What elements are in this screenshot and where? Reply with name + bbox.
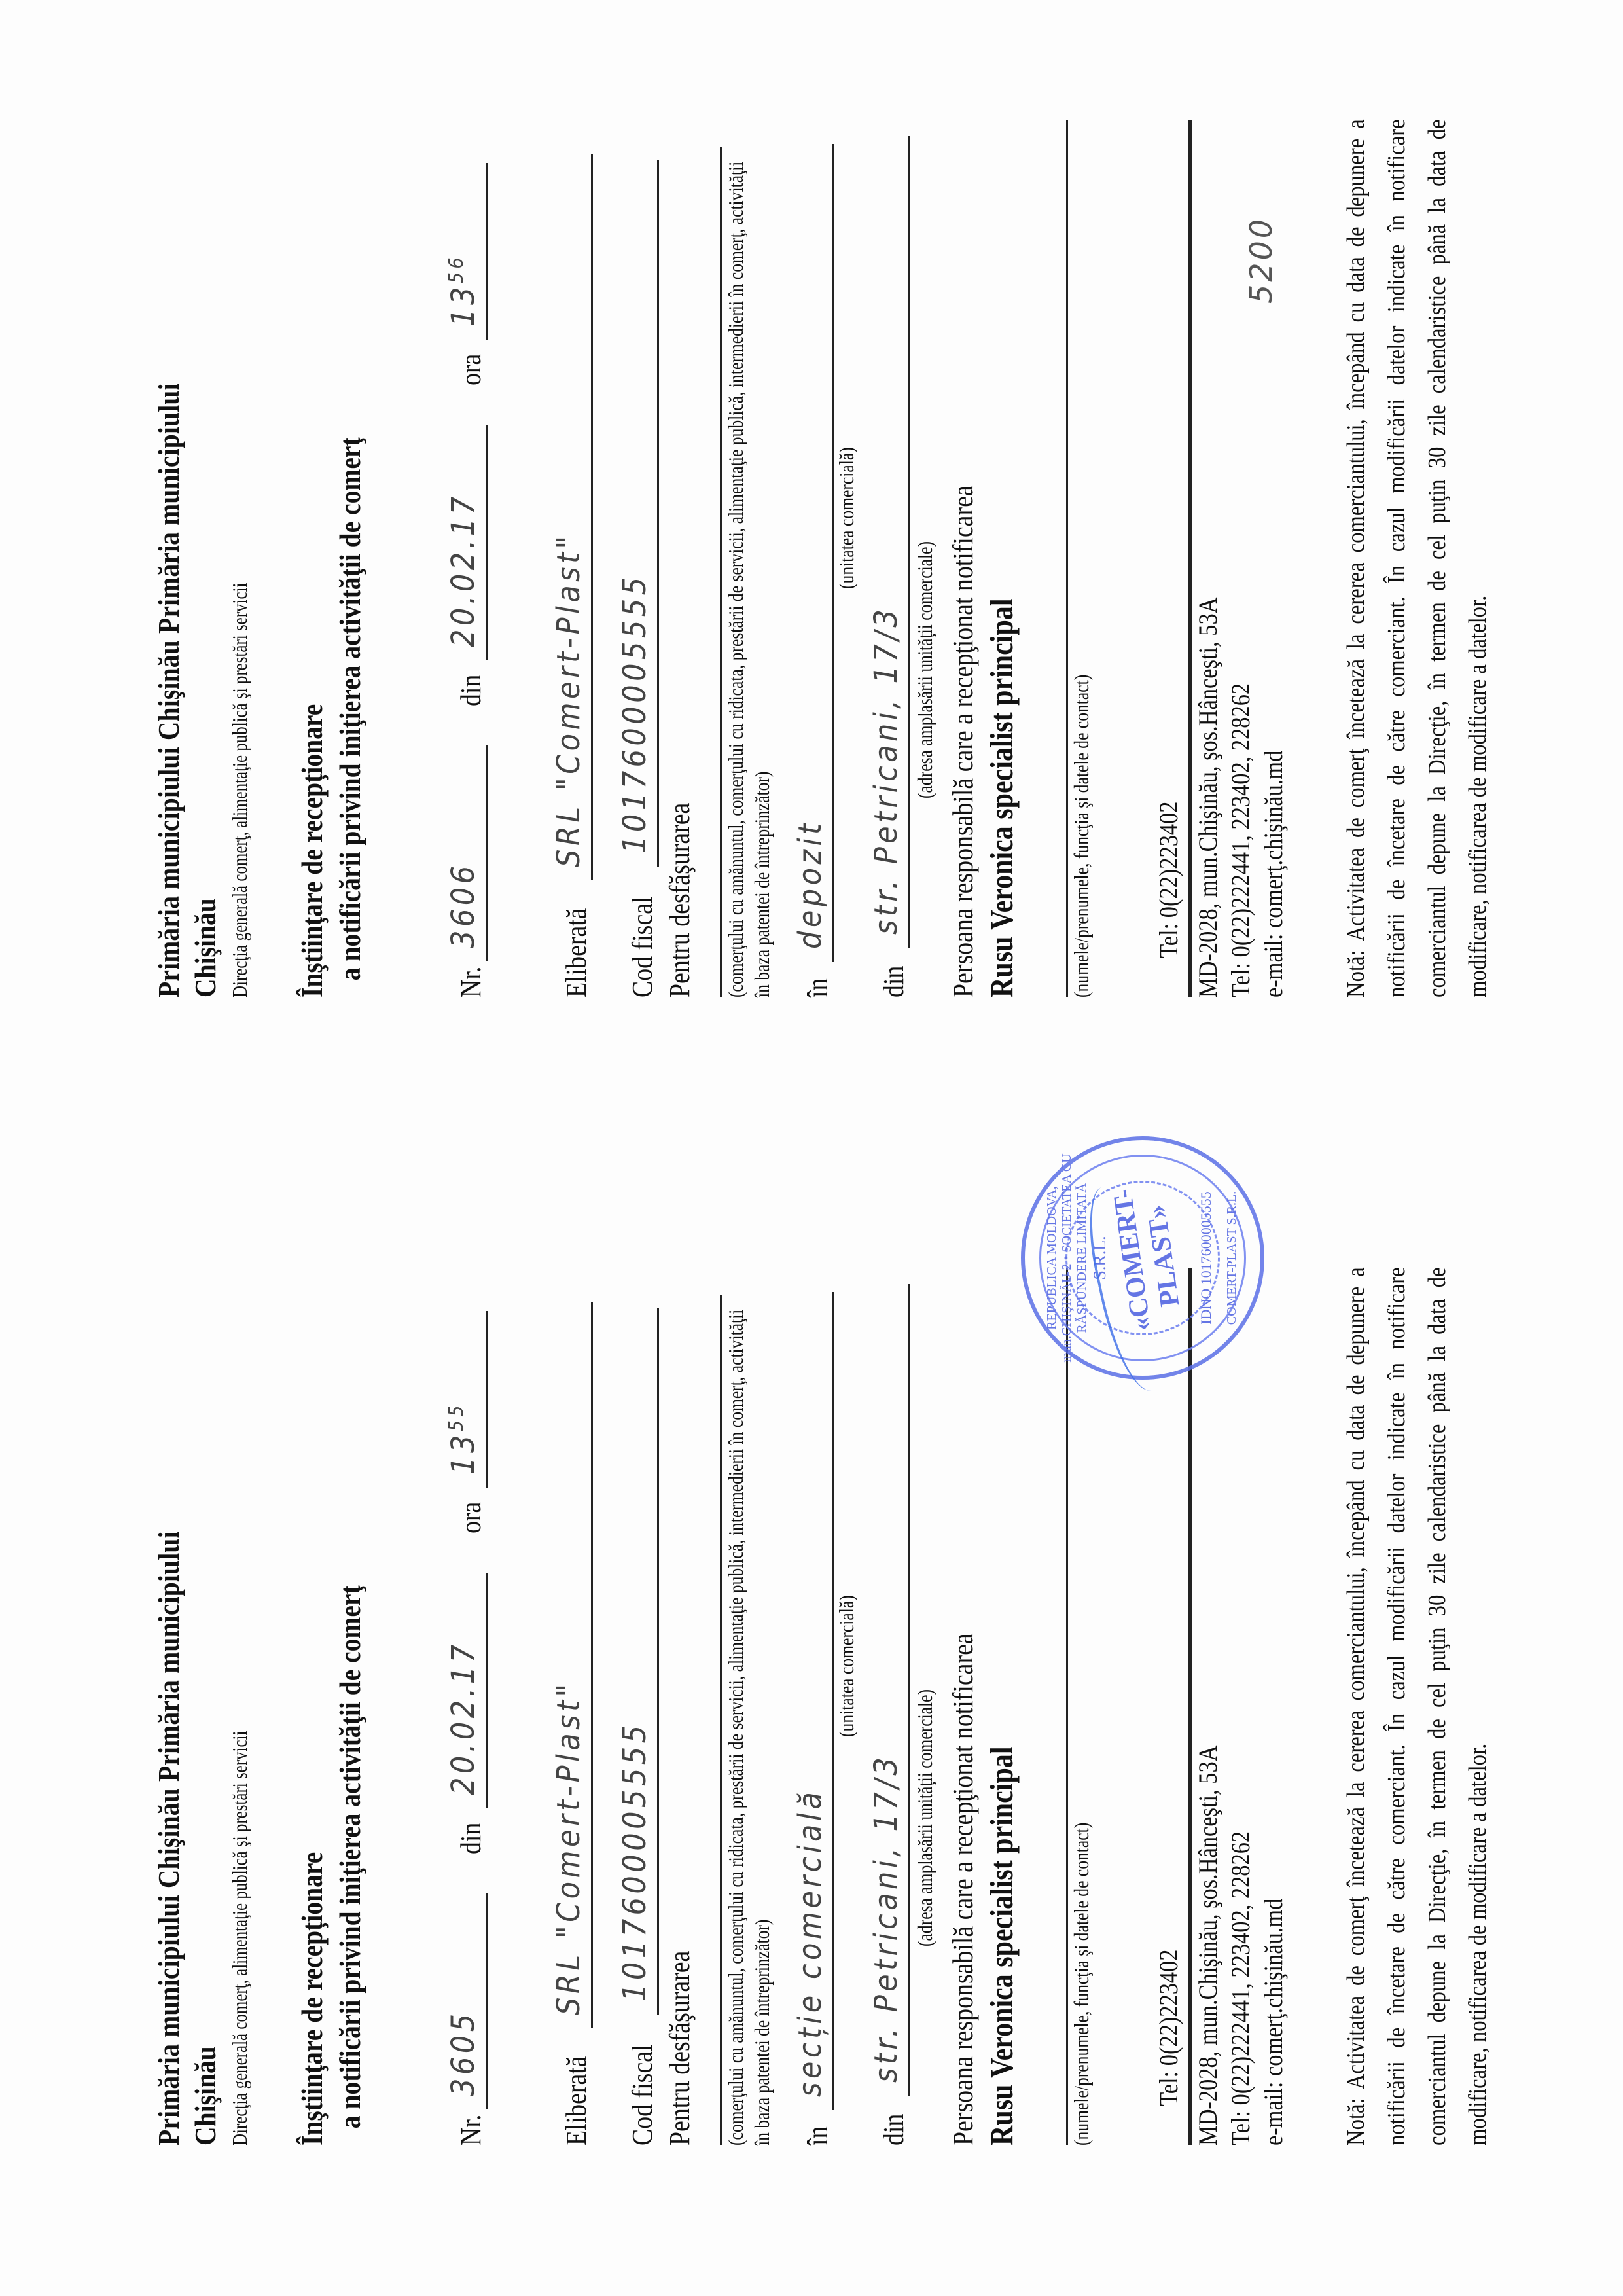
unit-caption: (unitatea comercială)	[834, 1423, 859, 2145]
registration-row: Nr. 3606 din 20.02.17 ora 1356	[448, 94, 488, 997]
fiscal-code-value: 1017600005555	[616, 574, 653, 854]
responsible-name: Rusu Veronica specialist principal	[982, 1387, 1020, 2145]
note-label: Notă:	[1342, 950, 1370, 997]
nr-value: 3605	[445, 2010, 482, 2096]
document-title-line-2: a notificării privind iniţierea activită…	[331, 221, 369, 997]
contact-caption: (numele/prenumele, funcţia şi datele de …	[1068, 275, 1094, 997]
issued-to-row: Eliberată SRL "Comert-Plast"	[553, 1242, 593, 2145]
notice-copy-right: Primăria municipiului Chişinău Primăria …	[0, 0, 1623, 1148]
note-text: Activitatea de comerţ încetează la cerer…	[1342, 1267, 1491, 2145]
time-value: 1356	[445, 254, 482, 327]
stamp-inner-text: COMERT-PLAST S.R.L.	[1224, 1140, 1240, 1376]
issued-to-value: SRL "Comert-Plast"	[550, 1681, 587, 2016]
eliberata-label: Eliberată	[560, 908, 593, 997]
nr-field: 3606	[448, 745, 488, 961]
date-value: 20.02.17	[445, 1641, 482, 1795]
in-label: în	[801, 978, 834, 997]
contact-caption: (numele/prenumele, funcţia şi datele de …	[1068, 1423, 1094, 2145]
note-text: Activitatea de comerţ încetează la cerer…	[1342, 119, 1491, 997]
in-label: în	[801, 2126, 834, 2145]
address-field: str. Petricani, 17/3	[870, 1284, 910, 2096]
activity-caption: (comerţului cu amănuntul, comerţului cu …	[722, 1297, 775, 2145]
din-label: din	[454, 1823, 488, 1854]
fiscal-code-field: 1017600005555	[619, 160, 659, 867]
address-field: str. Petricani, 17/3	[870, 136, 910, 948]
nr-label: Nr.	[454, 967, 488, 997]
document-title-line-1: Înştiinţare de recepţionare	[293, 1369, 331, 2145]
nr-value: 3606	[445, 862, 482, 948]
cod-fiscal-label: Cod fiscal	[626, 897, 659, 997]
issued-to-field: SRL "Comert-Plast"	[553, 1302, 593, 2028]
note-paragraph: Notă: Activitatea de comerţ încetează la…	[1336, 1267, 1498, 2145]
note-label: Notă:	[1342, 2098, 1370, 2145]
din-address-label: din	[877, 966, 910, 997]
responsible-tel: Tel: 0(22)223402	[1153, 221, 1184, 997]
address-caption: (adresa amplasării unităţii comerciale)	[913, 275, 937, 997]
header-line-1: Primăria municipiului Chişinău Primăria …	[151, 1369, 187, 2145]
unit-row: în depozit	[794, 94, 834, 997]
fiscal-code-value: 1017600005555	[616, 1722, 653, 2002]
margin-annotation: 5200	[1243, 217, 1279, 304]
note-paragraph: Notă: Activitatea de comerţ încetează la…	[1336, 119, 1498, 997]
header-line-2: Chişinău	[187, 221, 224, 997]
responsible-name: Rusu Veronica specialist principal	[982, 239, 1020, 997]
office-contacts: MD-2028, mun.Chişinău, şos.Hânceşti, 53A…	[1192, 1242, 1290, 2145]
eliberata-label: Eliberată	[560, 2056, 593, 2145]
address-row: din str. Petricani, 17/3	[870, 1242, 910, 2145]
fiscal-code-field: 1017600005555	[619, 1308, 659, 2015]
responsible-tel: Tel: 0(22)223402	[1153, 1369, 1184, 2145]
time-value: 1355	[445, 1402, 482, 1475]
registration-row: Nr. 3605 din 20.02.17 ora 1355	[448, 1242, 488, 2145]
address-caption: (adresa amplasării unităţii comerciale)	[913, 1423, 937, 2145]
ora-label: ora	[454, 1501, 488, 1533]
header-line-1: Primăria municipiului Chişinău Primăria …	[151, 221, 187, 997]
pentru-label: Pentru desfăşurarea	[663, 1369, 696, 2145]
office-email: e-mail: comerţ.chişinău.md	[1257, 221, 1290, 997]
responsible-label: Persoana responsabilă care a recepţionat…	[946, 221, 980, 997]
direction-name: Direcţia generală comerţ, alimentaţie pu…	[226, 1441, 253, 2145]
header-line-2: Chişinău	[187, 1369, 224, 2145]
date-field: 20.02.17	[448, 425, 488, 660]
scanned-sheet: Primăria municipiului Chişinău Primăria …	[0, 0, 1623, 2296]
stamp-outer-text: REPUBLICA MOLDOVA, mun.CHIŞINĂU 2 • SOCI…	[1044, 1140, 1090, 1376]
office-email: e-mail: comerţ.chişinău.md	[1257, 1369, 1290, 2145]
address-row: din str. Petricani, 17/3	[870, 94, 910, 997]
responsible-label: Persoana responsabilă care a recepţionat…	[946, 1369, 980, 2145]
activity-caption: (comerţului cu amănuntul, comerţului cu …	[722, 149, 775, 997]
activity-line	[696, 147, 722, 997]
address-value: str. Petricani, 17/3	[868, 1754, 904, 2083]
date-value: 20.02.17	[445, 493, 482, 647]
din-label: din	[454, 675, 488, 706]
unit-field: depozit	[794, 144, 834, 962]
fiscal-code-row: Cod fiscal 1017600005555	[619, 1242, 659, 2145]
time-field: 1356	[448, 163, 488, 340]
office-address: MD-2028, mun.Chişinău, şos.Hânceşti, 53A	[1192, 1369, 1224, 2145]
office-address: MD-2028, mun.Chişinău, şos.Hânceşti, 53A	[1192, 221, 1224, 997]
document-title-line-2: a notificării privind iniţierea activită…	[331, 1369, 369, 2145]
din-address-label: din	[877, 2114, 910, 2145]
direction-name: Direcţia generală comerţ, alimentaţie pu…	[226, 293, 253, 997]
notice-copy-left: Primăria municipiului Chişinău Primăria …	[0, 1148, 1623, 2296]
unit-value: depozit	[792, 819, 829, 948]
fiscal-code-row: Cod fiscal 1017600005555	[619, 94, 659, 997]
unit-field: secție comercială	[794, 1292, 834, 2110]
cod-fiscal-label: Cod fiscal	[626, 2045, 659, 2145]
nr-field: 3605	[448, 1893, 488, 2109]
unit-row: în secție comercială	[794, 1242, 834, 2145]
pentru-label: Pentru desfăşurarea	[663, 221, 696, 997]
issued-to-row: Eliberată SRL "Comert-Plast"	[553, 94, 593, 997]
issued-to-value: SRL "Comert-Plast"	[550, 533, 587, 868]
unit-caption: (unitatea comercială)	[834, 275, 859, 997]
ora-label: ora	[454, 353, 488, 385]
unit-value: secție comercială	[792, 1789, 829, 2097]
office-tel: Tel: 0(22)222441, 223402, 228262	[1224, 1369, 1257, 2145]
time-field: 1355	[448, 1311, 488, 1488]
address-value: str. Petricani, 17/3	[868, 606, 904, 935]
document-title-line-1: Înştiinţare de recepţionare	[293, 221, 331, 997]
stamp-idno: IDNO 1017600005555	[1198, 1140, 1215, 1376]
activity-line	[696, 1295, 722, 2145]
issued-to-field: SRL "Comert-Plast"	[553, 154, 593, 880]
date-field: 20.02.17	[448, 1573, 488, 1808]
office-tel: Tel: 0(22)222441, 223402, 228262	[1224, 221, 1257, 997]
nr-label: Nr.	[454, 2115, 488, 2145]
